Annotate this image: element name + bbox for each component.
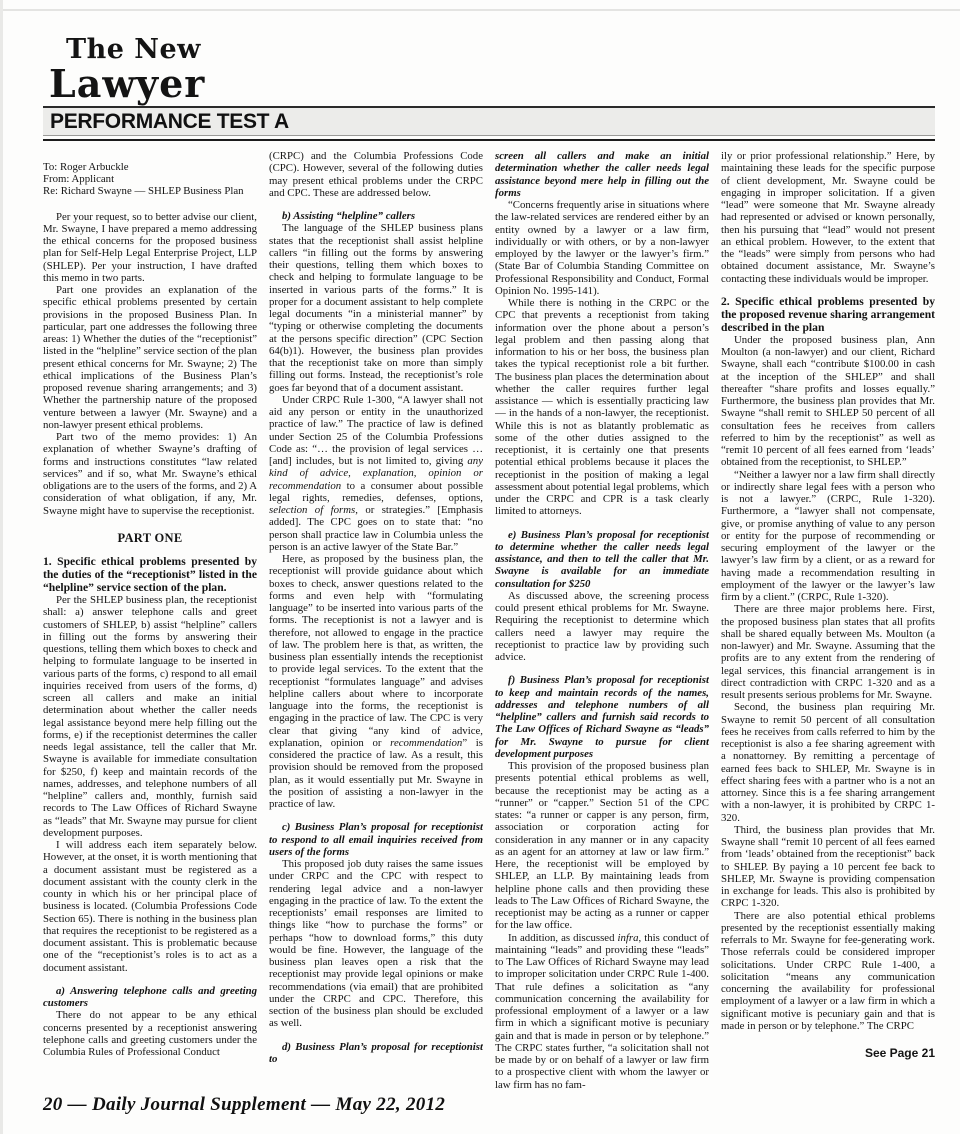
paragraph: (CRPC) and the Columbia Professions Code…	[269, 150, 483, 199]
newspaper-page: The New Lawyer PERFORMANCE TEST A To: Ro…	[0, 0, 960, 1134]
paragraph: The language of the SHLEP business plans…	[269, 222, 483, 394]
paragraph: There are three major problems here. Fir…	[721, 603, 935, 701]
italic-heading-a: a) Answering telephone calls and greetin…	[43, 985, 257, 1010]
italic-heading-e: e) Business Plan’s proposal for receptio…	[495, 529, 709, 590]
paragraph: Part one provides an explanation of the …	[43, 284, 257, 431]
numbered-heading-1: 1. Specific ethical problems presented b…	[43, 555, 257, 594]
paragraph: “Neither a lawyer nor a law firm shall d…	[721, 469, 935, 604]
paragraph: In addition, as discussed infra, this co…	[495, 932, 709, 1091]
banner: PERFORMANCE TEST A	[43, 106, 935, 136]
italic-heading-d-continued: screen all callers and make an initial d…	[495, 150, 709, 199]
paragraph: “Concerns frequently arise in situations…	[495, 199, 709, 297]
paragraph: While there is nothing in the CRPC or th…	[495, 297, 709, 518]
page-footer-text: 20 — Daily Journal Supplement — May 22, …	[43, 1094, 445, 1116]
see-page-note: See Page 21	[721, 1047, 935, 1059]
article-columns: To: Roger Arbuckle From: Applicant Re: R…	[43, 150, 935, 1092]
banner-title: PERFORMANCE TEST A	[43, 110, 289, 134]
page-top-rule	[3, 9, 960, 11]
text-column-4: ily or prior professional relationship.”…	[721, 150, 935, 1092]
paragraph: Per your request, so to better advise ou…	[43, 211, 257, 285]
paragraph: There are also potential ethical problem…	[721, 910, 935, 1033]
memo-address-block: To: Roger Arbuckle From: Applicant Re: R…	[43, 161, 257, 198]
paragraph: As discussed above, the screening proces…	[495, 590, 709, 664]
italic-heading-b: b) Assisting “helpline” callers	[269, 210, 483, 222]
text-column-2: (CRPC) and the Columbia Professions Code…	[269, 150, 483, 1092]
paragraph: Part two of the memo provides: 1) An exp…	[43, 431, 257, 517]
paragraph: There do not appear to be any ethical co…	[43, 1009, 257, 1058]
paragraph: Under CRPC Rule 1-300, “A lawyer shall n…	[269, 394, 483, 553]
paragraph: Second, the business plan requiring Mr. …	[721, 701, 935, 824]
banner-bottom-rule	[43, 139, 935, 141]
paragraph: Here, as proposed by the business plan, …	[269, 553, 483, 810]
text-column-1: To: Roger Arbuckle From: Applicant Re: R…	[43, 150, 257, 1092]
paragraph: Third, the business plan provides that M…	[721, 824, 935, 910]
masthead-line2: Lawyer	[49, 65, 205, 103]
masthead: The New Lawyer	[49, 36, 205, 103]
italic-heading-c: c) Business Plan’s proposal for receptio…	[269, 821, 483, 858]
paragraph: Per the SHLEP business plan, the recepti…	[43, 594, 257, 839]
section-heading-part-one: PART ONE	[43, 532, 257, 544]
paragraph: I will address each item separately belo…	[43, 839, 257, 974]
italic-heading-f: f) Business Plan’s proposal for receptio…	[495, 674, 709, 760]
text-column-3: screen all callers and make an initial d…	[495, 150, 709, 1092]
masthead-line1: The New	[66, 36, 205, 63]
paragraph: This proposed job duty raises the same i…	[269, 858, 483, 1030]
paragraph: This provision of the proposed business …	[495, 760, 709, 932]
italic-heading-d: d) Business Plan’s proposal for receptio…	[269, 1041, 483, 1066]
paragraph: ily or prior professional relationship.”…	[721, 150, 935, 285]
paragraph: Under the proposed business plan, Ann Mo…	[721, 334, 935, 469]
numbered-heading-2: 2. Specific ethical problems presented b…	[721, 295, 935, 334]
